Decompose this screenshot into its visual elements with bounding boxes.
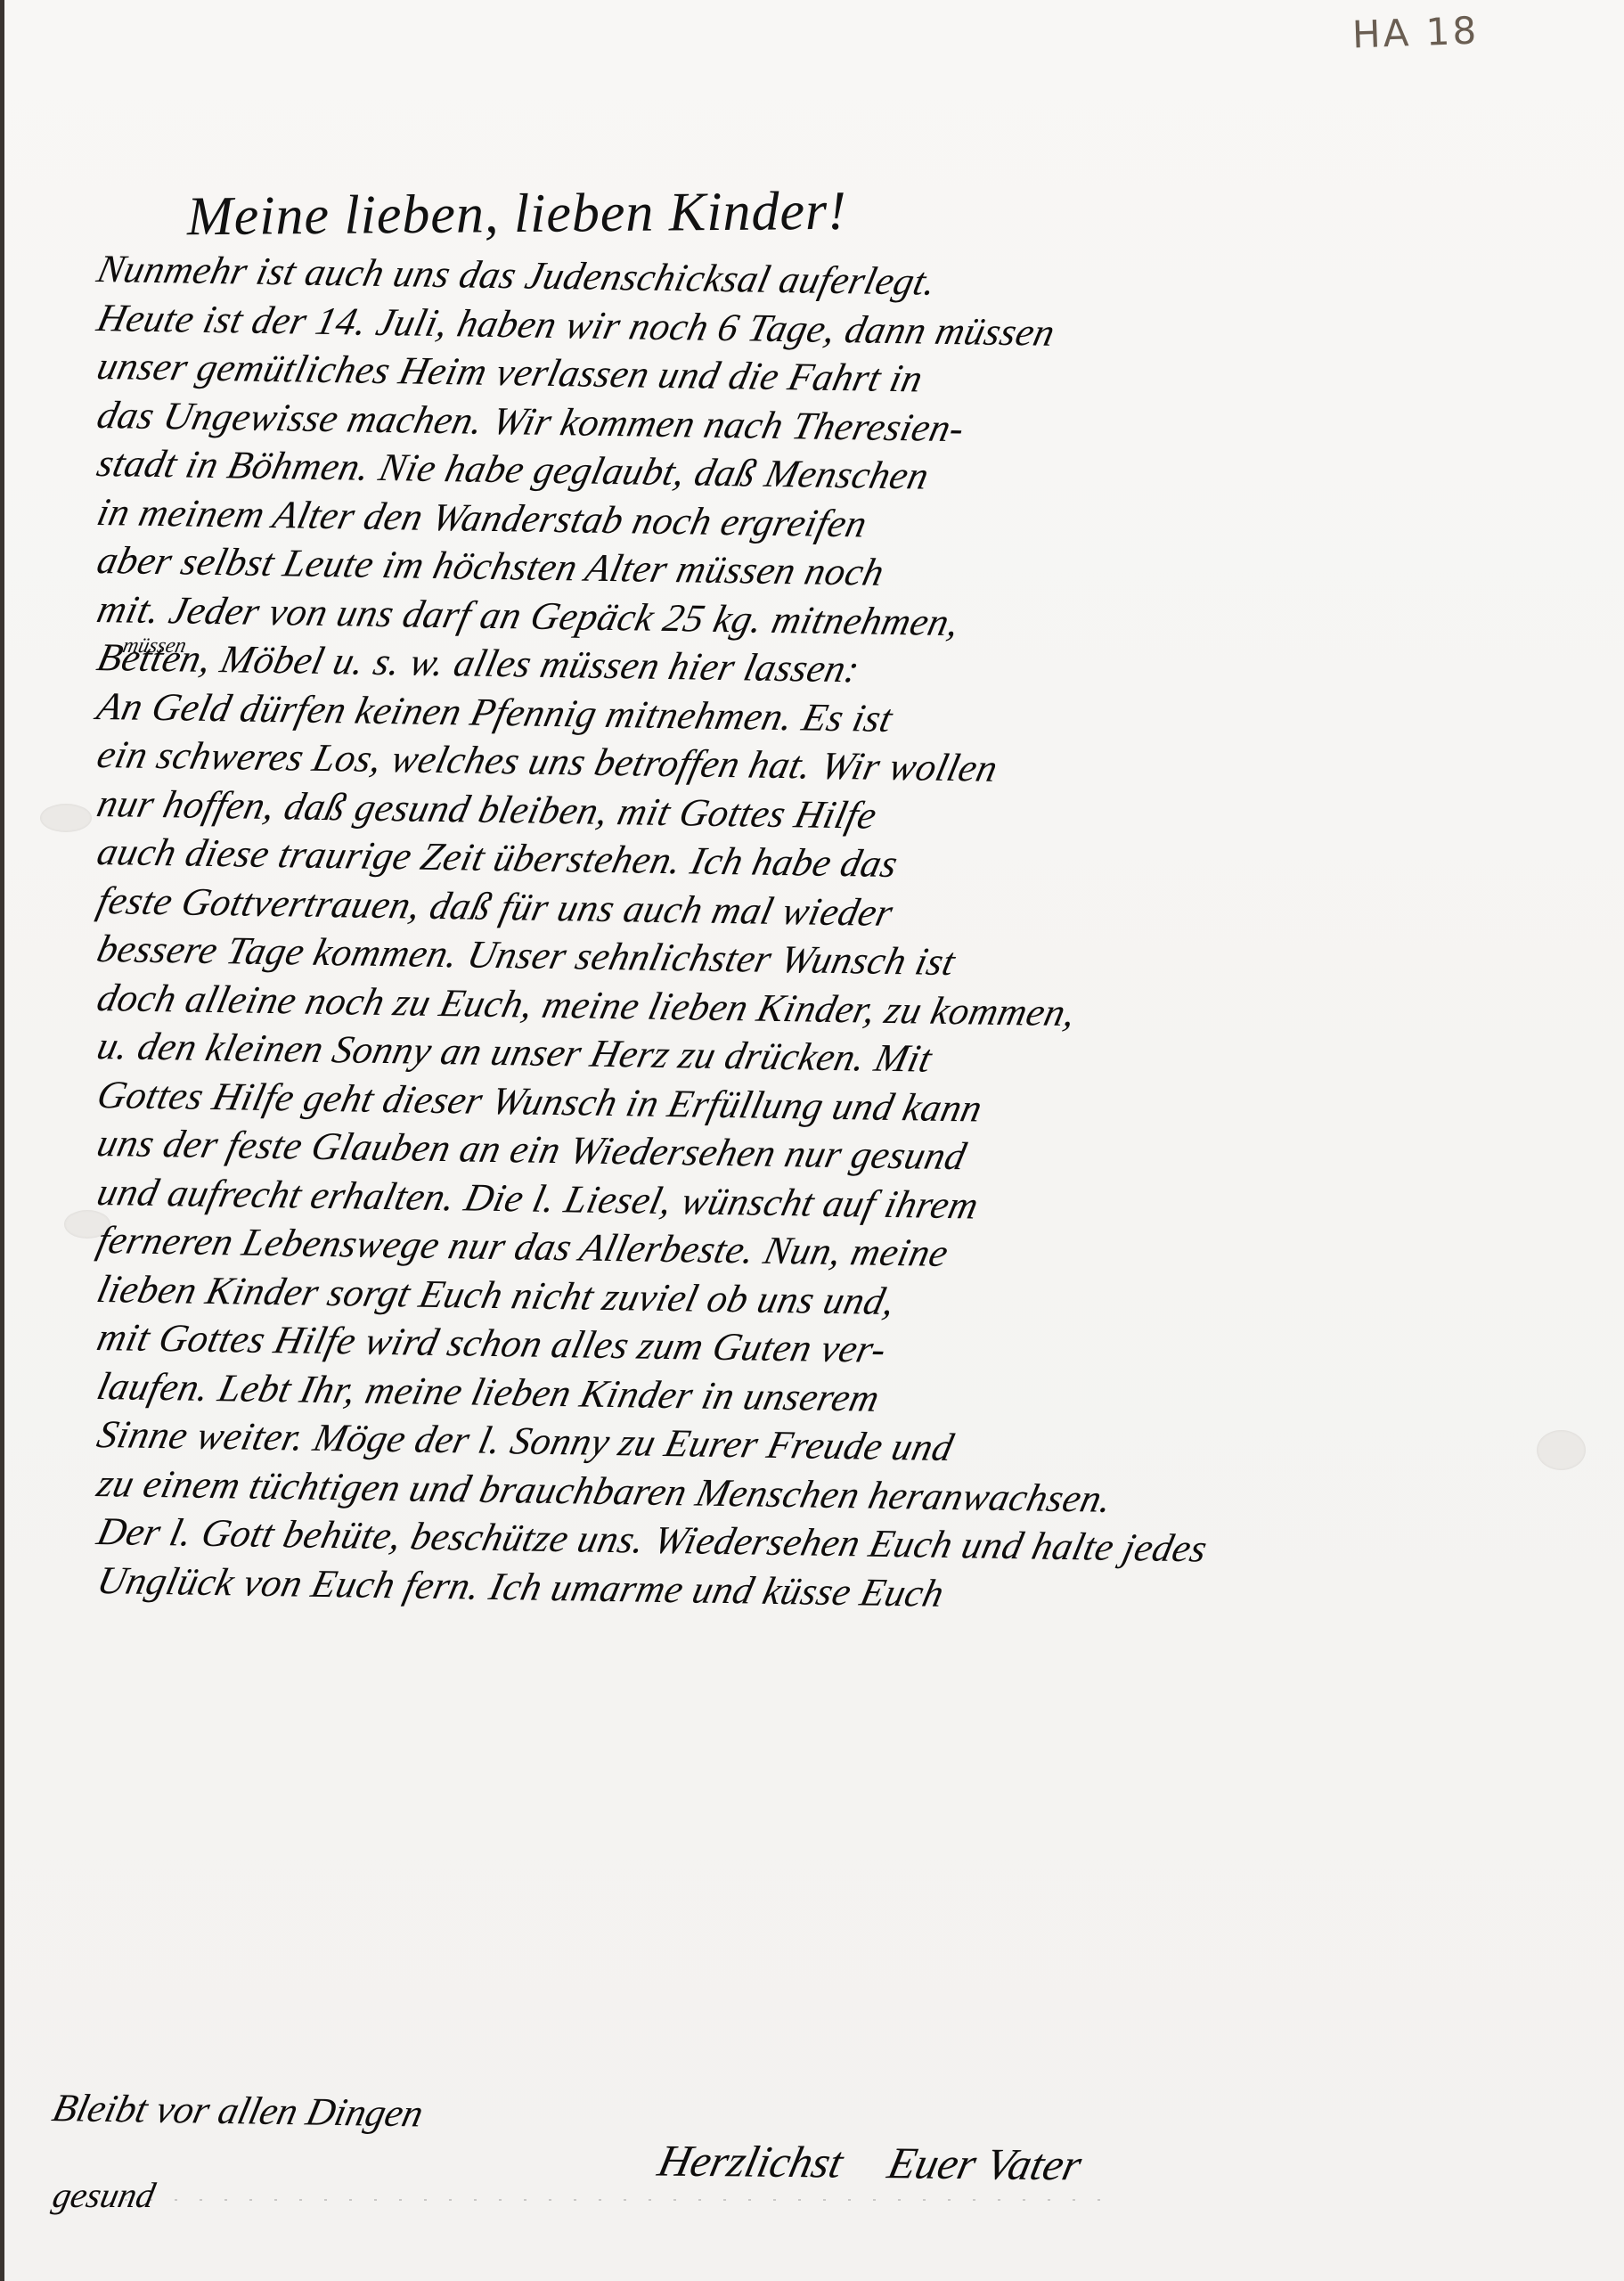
- page-edge-shadow: [0, 0, 4, 2281]
- punch-hole-mark: [40, 804, 92, 832]
- signature-name: Euer Vater: [884, 2138, 1087, 2189]
- signature: Herzlichst Euer Vater: [654, 2135, 1087, 2191]
- letter-closing: Bleibt vor allen Dingen: [53, 2085, 1479, 2131]
- letter-body: Nunmehr ist auch uns das Judenschicksal …: [98, 245, 1541, 1605]
- letter-salutation: Meine lieben, lieben Kinder!: [187, 180, 847, 249]
- scanned-letter-page: HA 18 Meine lieben, lieben Kinder! müsse…: [0, 0, 1624, 2281]
- signature-greeting: Herzlichst: [654, 2136, 848, 2187]
- archive-reference-mark: HA 18: [1351, 9, 1480, 57]
- closing-line: gesund: [49, 2174, 159, 2216]
- scan-artifact-specks: [125, 2199, 1122, 2201]
